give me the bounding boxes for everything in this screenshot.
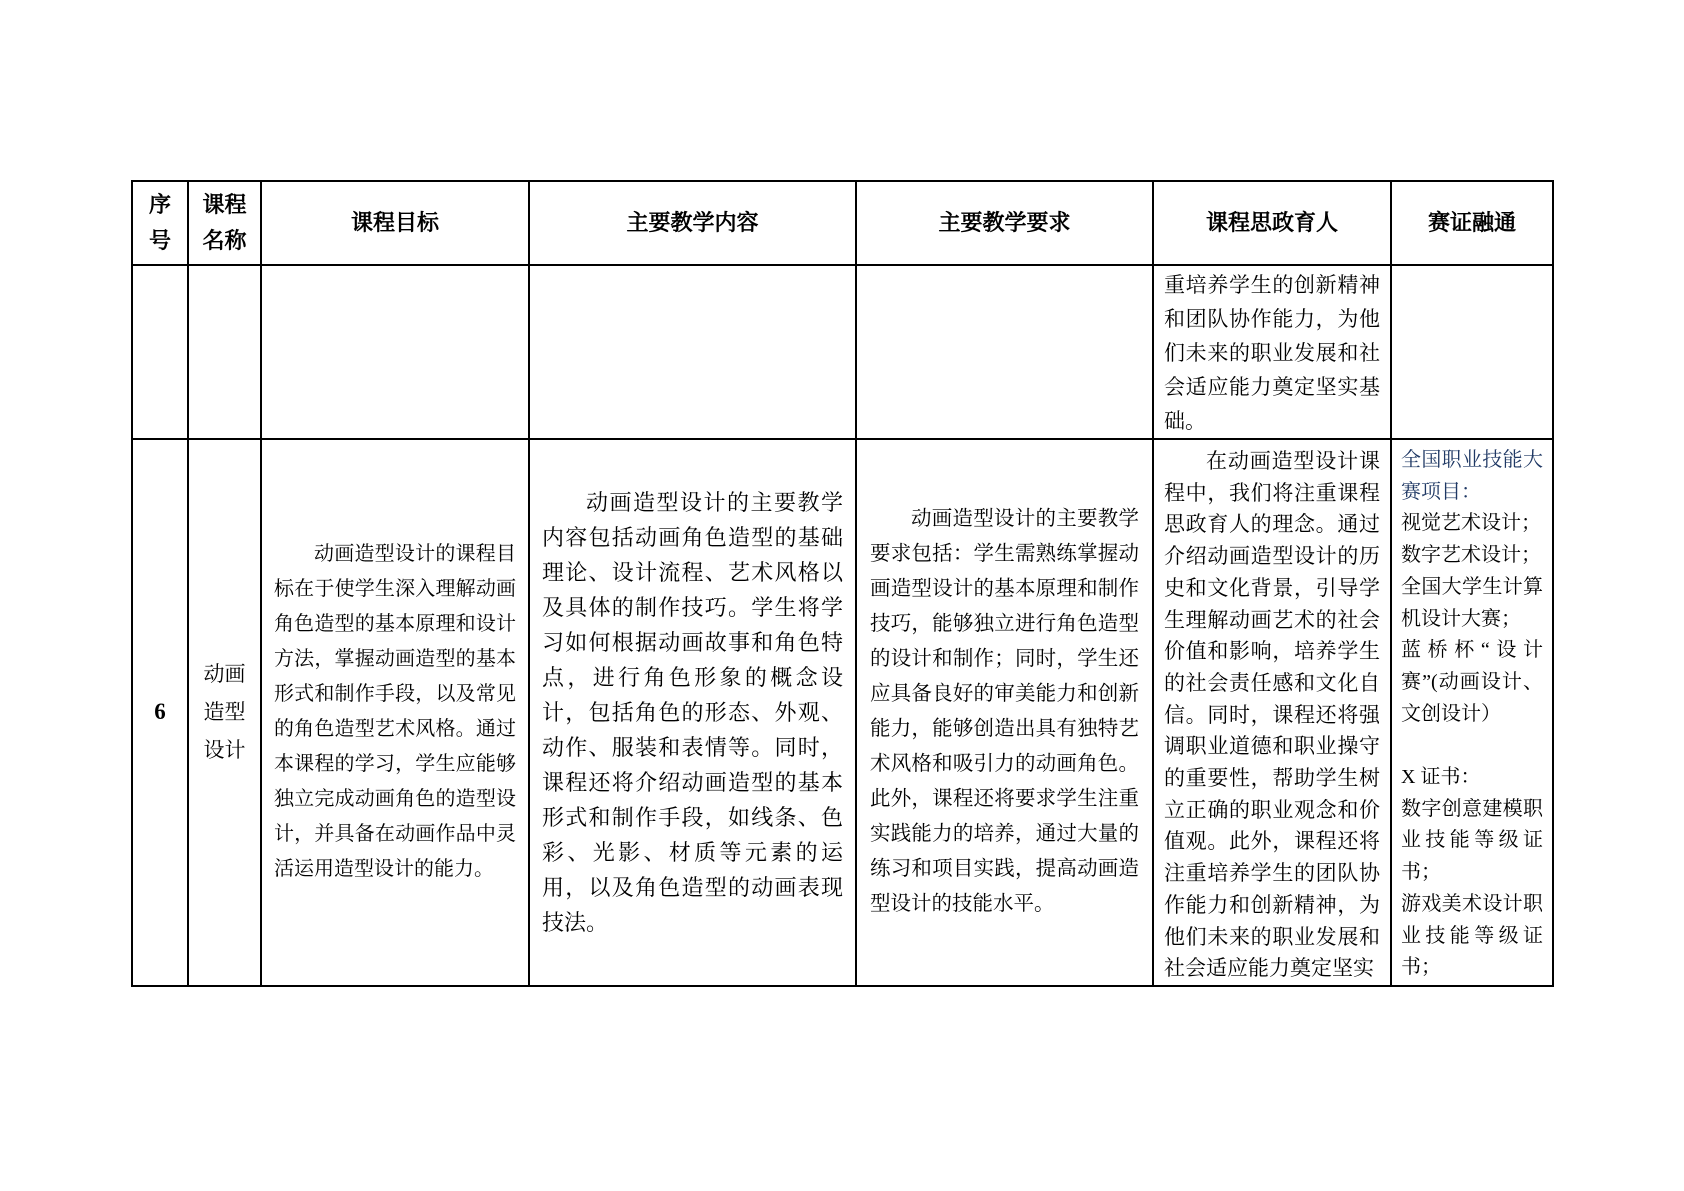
ideology-continuation-cell: 重培养学生的创新精神和团队协作能力，为他们未来的职业发展和社会适应能力奠定坚实基…	[1153, 265, 1391, 439]
competition-certification-cell: 全国职业技能大赛项目： 视觉艺术设计； 数字艺术设计； 全国大学生计算机设计大赛…	[1391, 439, 1553, 986]
teaching-requirements-cell: 动画造型设计的主要教学要求包括：学生需熟练掌握动画造型设计的基本原理和制作技巧，…	[856, 439, 1153, 986]
cert-line: 数字艺术设计；	[1401, 540, 1543, 572]
teaching-content-text: 动画造型设计的主要教学内容包括动画角色造型的基础理论、设计流程、艺术风格以及具体…	[542, 485, 843, 940]
empty-cell-certs	[1391, 265, 1553, 439]
empty-cell-name	[188, 265, 261, 439]
header-course-name: 课程名称	[188, 181, 261, 265]
table-row-course-6: 6 动画造型设计 动画造型设计的课程目标在于使学生深入理解动画角色造型的基本原理…	[132, 439, 1553, 986]
cert-section-title: X 证书：	[1401, 762, 1543, 794]
cert-line: 全国大学生计算机设计大赛；	[1401, 572, 1543, 635]
course-objectives-text: 动画造型设计的课程目标在于使学生深入理解动画角色造型的基本原理和设计方法，掌握动…	[274, 537, 516, 887]
document-page: 序号 课程名称 课程目标 主要教学内容 主要教学要求 课程思政育人 赛证融通 重…	[0, 0, 1684, 1191]
header-teaching-content: 主要教学内容	[529, 181, 856, 265]
header-ideology-education: 课程思政育人	[1153, 181, 1391, 265]
empty-cell-content	[529, 265, 856, 439]
header-teaching-requirements: 主要教学要求	[856, 181, 1153, 265]
ideology-education-text: 在动画造型设计课程中，我们将注重课程思政育人的理念。通过介绍动画造型设计的历史和…	[1164, 446, 1380, 985]
cert-blank-line	[1401, 730, 1543, 762]
header-competition-certification: 赛证融通	[1391, 181, 1553, 265]
cert-line: 视觉艺术设计；	[1401, 508, 1543, 540]
cert-line: 数字创意建模职业技能等级证书；	[1401, 794, 1543, 889]
cert-line: 游戏美术设计职业技能等级证书；	[1401, 889, 1543, 984]
cert-section-title: 全国职业技能大赛项目：	[1401, 445, 1543, 508]
header-course-objectives: 课程目标	[261, 181, 529, 265]
ideology-continuation-text: 重培养学生的创新精神和团队协作能力，为他们未来的职业发展和社会适应能力奠定坚实基…	[1164, 268, 1380, 438]
table-header-row: 序号 课程名称 课程目标 主要教学内容 主要教学要求 课程思政育人 赛证融通	[132, 181, 1553, 265]
course-name-cell: 动画造型设计	[188, 439, 261, 986]
teaching-content-cell: 动画造型设计的主要教学内容包括动画角色造型的基础理论、设计流程、艺术风格以及具体…	[529, 439, 856, 986]
course-index-cell: 6	[132, 439, 188, 986]
course-table: 序号 课程名称 课程目标 主要教学内容 主要教学要求 课程思政育人 赛证融通 重…	[131, 180, 1554, 987]
teaching-requirements-text: 动画造型设计的主要教学要求包括：学生需熟练掌握动画造型设计的基本原理和制作技巧，…	[870, 502, 1139, 922]
empty-cell-requirements	[856, 265, 1153, 439]
table-row-continuation: 重培养学生的创新精神和团队协作能力，为他们未来的职业发展和社会适应能力奠定坚实基…	[132, 265, 1553, 439]
ideology-education-cell: 在动画造型设计课程中，我们将注重课程思政育人的理念。通过介绍动画造型设计的历史和…	[1153, 439, 1391, 986]
header-index: 序号	[132, 181, 188, 265]
empty-cell-objectives	[261, 265, 529, 439]
empty-cell-index	[132, 265, 188, 439]
cert-line: 蓝桥杯“设计赛”(动画设计、文创设计）	[1401, 635, 1543, 730]
course-objectives-cell: 动画造型设计的课程目标在于使学生深入理解动画角色造型的基本原理和设计方法，掌握动…	[261, 439, 529, 986]
